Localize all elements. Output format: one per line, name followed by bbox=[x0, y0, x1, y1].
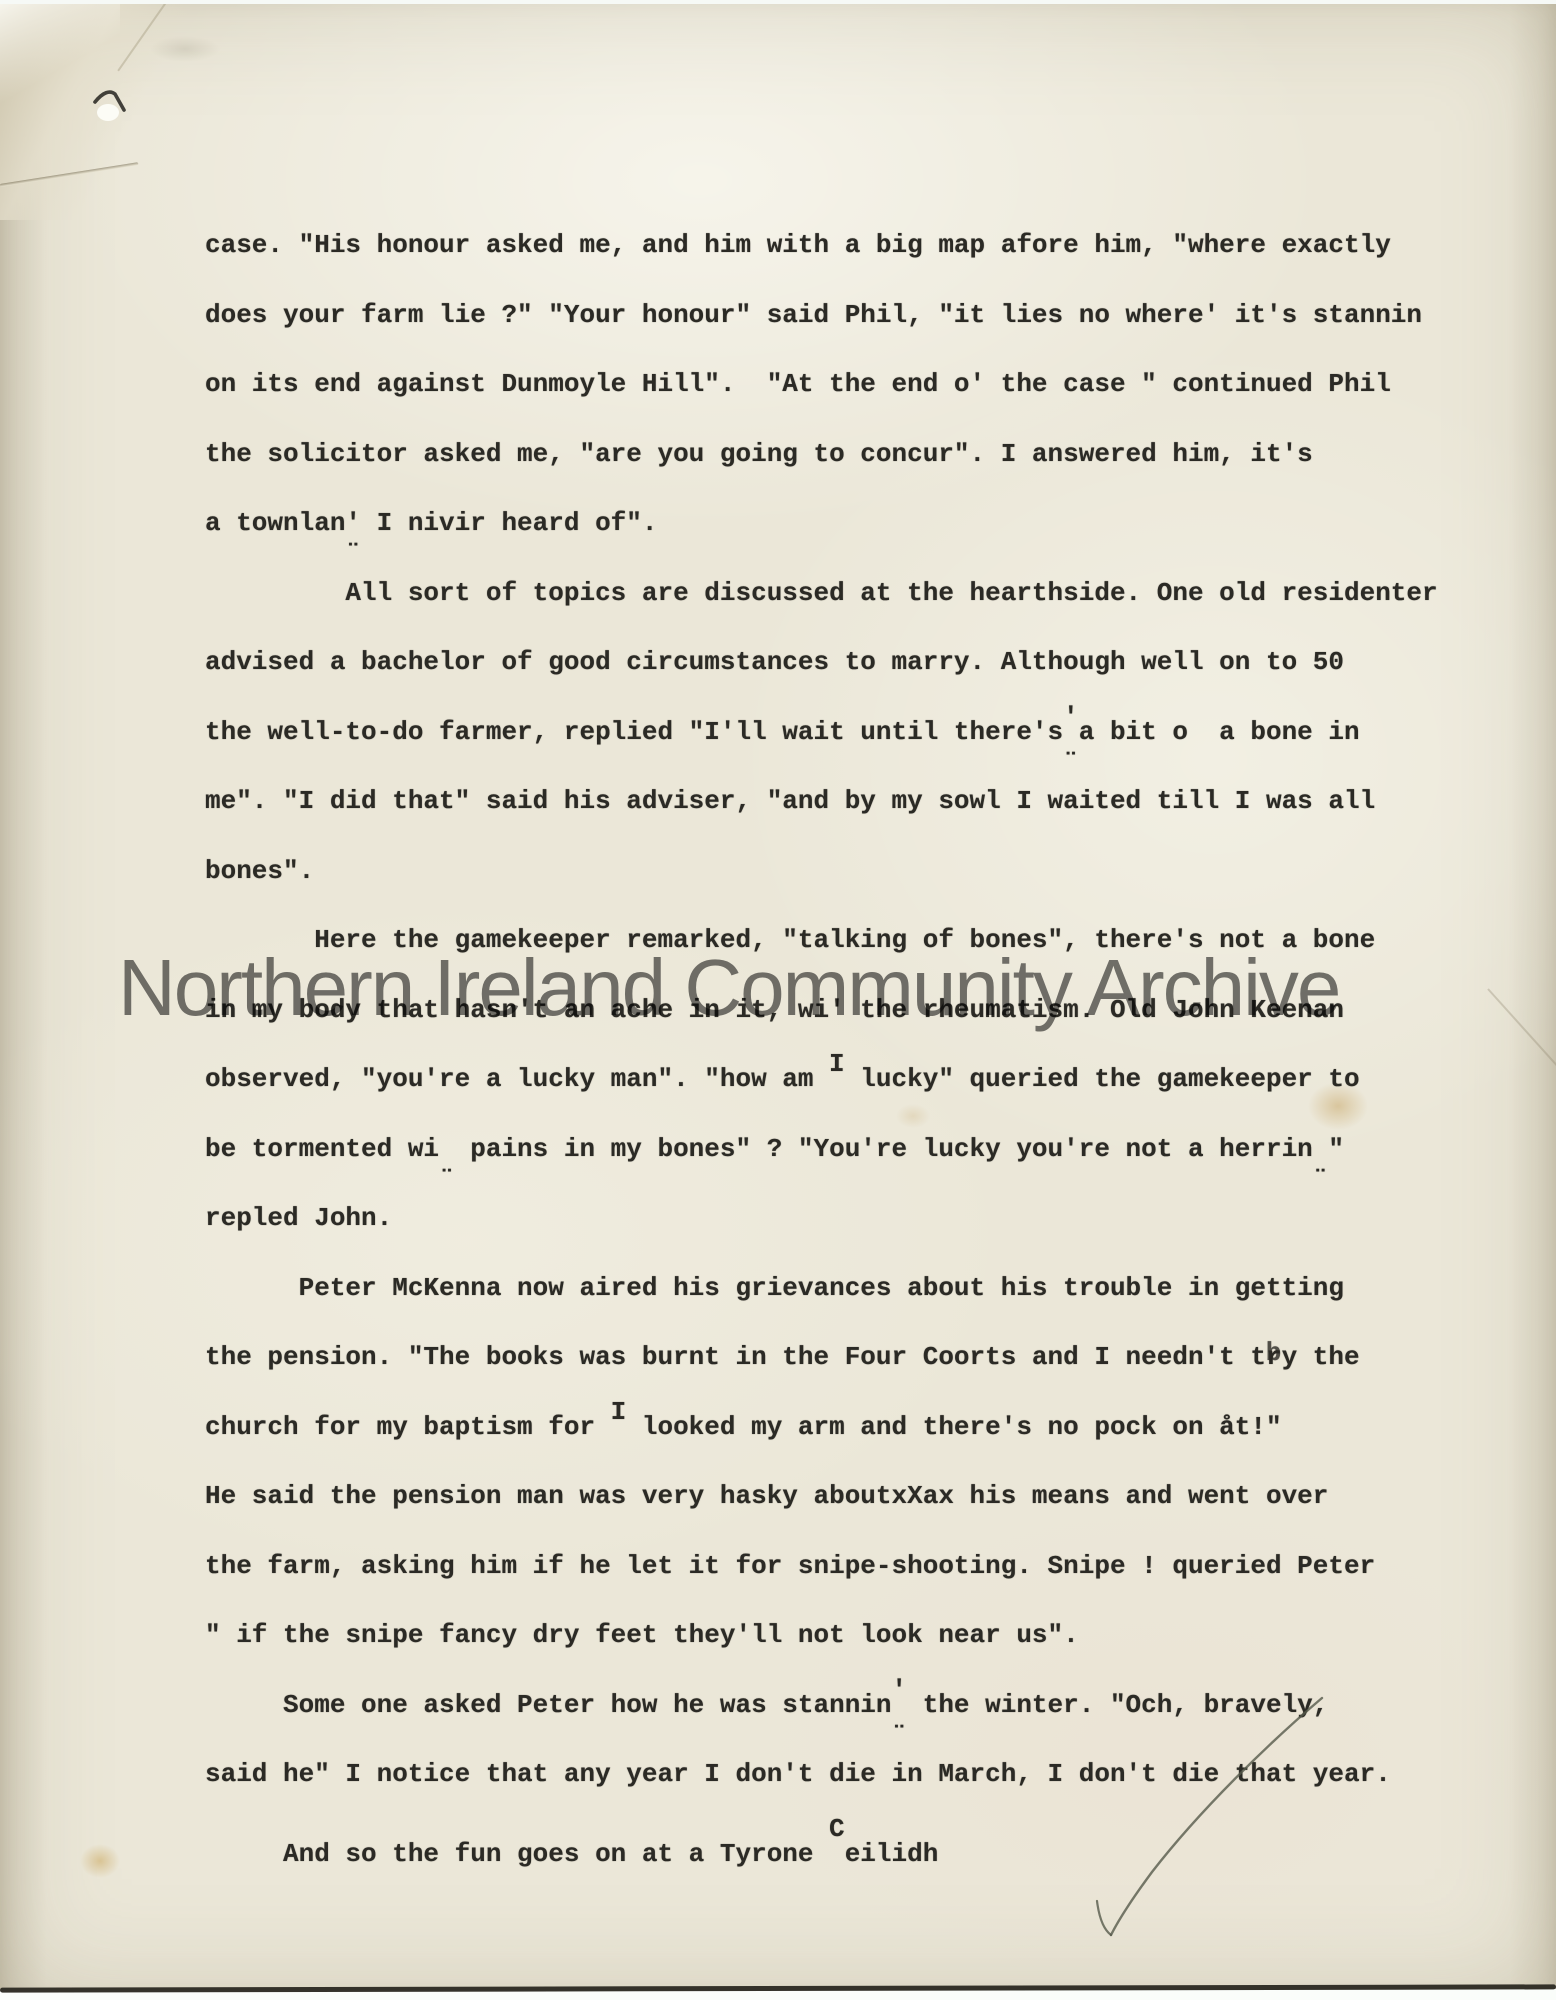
typed-line: " if the snipe fancy dry feet they'll no… bbox=[205, 1618, 1079, 1652]
typo-mark-raised: I bbox=[829, 1049, 845, 1079]
typed-line: All sort of topics are discussed at the … bbox=[205, 576, 1438, 610]
typo-mark-below: ¨ bbox=[345, 539, 361, 569]
typo-mark-raised: ' bbox=[891, 1675, 907, 1705]
typo-mark-raised: C bbox=[829, 1814, 845, 1844]
typed-line: Peter McKenna now aired his grievances a… bbox=[205, 1271, 1344, 1305]
typo-mark-raised: ' bbox=[1063, 702, 1079, 732]
typed-line: repled John. bbox=[205, 1201, 392, 1235]
typed-line: He said the pension man was very hasky a… bbox=[205, 1479, 1328, 1513]
typed-line: me". "I did that" said his adviser, "and… bbox=[205, 784, 1375, 818]
typo-mark-below: ¨ bbox=[891, 1721, 907, 1751]
typo-mark-raised: I bbox=[611, 1397, 627, 1427]
typed-line: the well-to-do farmer, replied "I'll wai… bbox=[205, 715, 1360, 749]
typed-line: said he" I notice that any year I don't … bbox=[205, 1757, 1391, 1791]
watermark-text: Northern Ireland Community Archive bbox=[118, 946, 1556, 1030]
typo-mark-below: ¨ bbox=[439, 1165, 455, 1195]
typed-line: the solicitor asked me, "are you going t… bbox=[205, 437, 1313, 471]
typed-line: case. "His honour asked me, and him with… bbox=[205, 228, 1391, 262]
typo-mark-below: ¨ bbox=[1063, 748, 1079, 778]
typed-line: church for my baptism for looked my arm … bbox=[205, 1410, 1282, 1444]
typed-line: does your farm lie ?" "Your honour" said… bbox=[205, 298, 1422, 332]
typo-mark-overlay: b bbox=[1266, 1338, 1282, 1368]
typed-line: be tormented wi pains in my bones" ? "Yo… bbox=[205, 1132, 1344, 1166]
typed-line: advised a bachelor of good circumstances… bbox=[205, 645, 1344, 679]
typed-line: observed, "you're a lucky man". "how am … bbox=[205, 1062, 1360, 1096]
typed-line: on its end against Dunmoyle Hill". "At t… bbox=[205, 367, 1391, 401]
typed-line: Some one asked Peter how he was stannin … bbox=[205, 1688, 1328, 1722]
typo-mark-below: ¨ bbox=[1313, 1165, 1329, 1195]
typed-line: the pension. "The books was burnt in the… bbox=[205, 1340, 1360, 1374]
paper-top-edge bbox=[0, 0, 1556, 4]
typed-line: the farm, asking him if he let it for sn… bbox=[205, 1549, 1375, 1583]
scanned-page: case. "His honour asked me, and him with… bbox=[0, 0, 1556, 2000]
typed-line: bones". bbox=[205, 854, 314, 888]
typed-line: a townlan' I nivir heard of". bbox=[205, 506, 657, 540]
